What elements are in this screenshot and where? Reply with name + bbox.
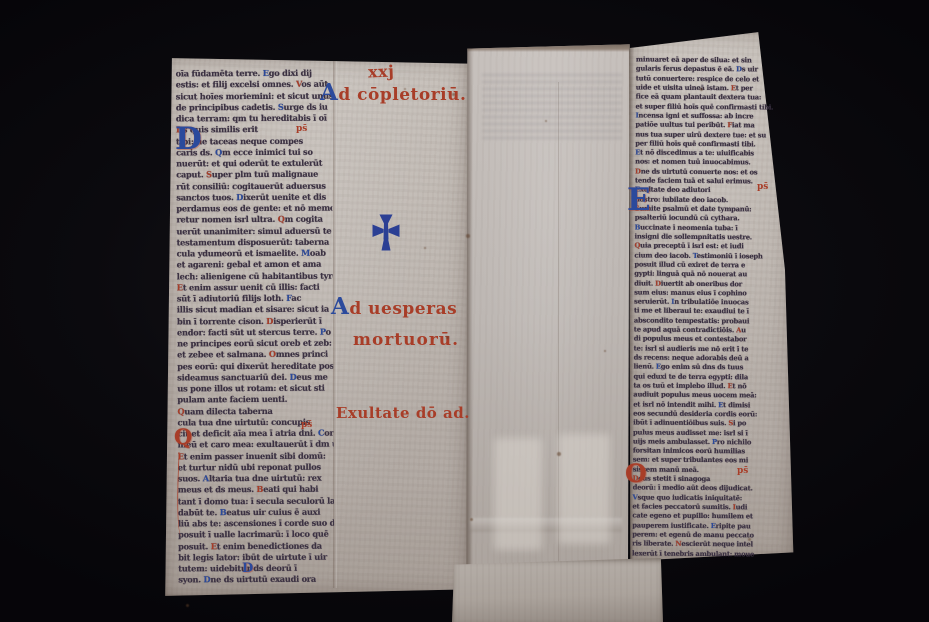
manuscript-line: liū abs te: ascensiones ī corde suo dis [178, 518, 334, 530]
psalm-mark: ps̄ [737, 466, 748, 476]
manuscript-line: Quia preceptū ī isrl est: et iudi [634, 242, 776, 252]
manuscript-line: caput. Super plm tuū malignaue [176, 169, 332, 181]
stain-mark [557, 452, 561, 456]
decorated-initial: O [625, 461, 647, 486]
stain-mark [424, 247, 426, 249]
parchment-spine-panel [466, 42, 631, 589]
manuscript-line: uerūt unanimiter: simul aduersū te [176, 225, 332, 237]
manuscript-line: posuit ī ualle lacrimarū: ī loco quē [178, 529, 334, 541]
manuscript-line: bit legis lator: ibūt de uirtute ī uir [178, 551, 334, 563]
psalm-mark: ps̄ [301, 420, 312, 430]
manuscript-line: fice eā quam plantauit dextera tua: [636, 93, 778, 103]
manuscript-line: tutem: uidebitur ds deorū ī [178, 563, 334, 575]
stain-mark [470, 518, 473, 521]
manuscript-line: pulam ante faciem uenti. [177, 394, 333, 406]
spine-top-fold [466, 42, 631, 52]
stain-mark [186, 604, 189, 607]
manuscript-line: ne principes eorū sicut oreb et zeb: [177, 338, 333, 350]
parchment-bottom-flap [452, 556, 663, 622]
manuscript-line: et turtur nidū ubi reponat pullos [178, 461, 334, 473]
rubric-ad-completorium: Ad cōpletoriū. [320, 84, 466, 105]
manuscript-line: meū et caro mea: exultauerūt ī dm uiuū. [178, 439, 334, 451]
manuscript-line: Et enim passer inuenit sibi domū: [178, 450, 334, 462]
manuscript-line: et agareni: gebal et amon et ama [177, 259, 333, 271]
rubric-text: d cōpletoriū. [338, 85, 466, 105]
manuscript-line: posuit. Et enim benedictiones da [178, 540, 334, 552]
manuscript-line: pes eorū: qui dixerūt hereditate pos [177, 360, 333, 372]
rubric-initial: A [320, 79, 338, 106]
manuscript-line: oīa fūdamēta terre. Ego dixi dij [176, 68, 332, 80]
rubric-initial: A [331, 293, 349, 320]
decorated-initial: D [175, 124, 202, 155]
decorated-initial: E [627, 185, 651, 216]
manuscript-line: tant ī domo tua: ī secula seculorū lau [178, 495, 334, 507]
psalm-mark: ps̄ [296, 124, 307, 134]
manuscript-line: de principibus cadetis. Surge ds iu [176, 101, 332, 113]
rubric-ad-vesperas: Ad uesperas [331, 298, 457, 319]
stain-mark [452, 93, 455, 96]
manuscript-line: lech: alienigene cū habitantibus tyro. [177, 270, 333, 282]
stain-mark [466, 234, 470, 238]
manuscript-line: audiuit populus meus uocem meā: [633, 391, 775, 401]
blessing-cross-icon [371, 213, 401, 253]
decorated-initial: Q [174, 426, 192, 447]
manuscript-line: patiōe uultus tui peribūt. Fiat ma [635, 121, 777, 131]
manuscript-line: nuerūt: et qui oderūt te extulerūt [176, 158, 332, 170]
manuscript-line: lexerūt ī tenebris ambulant: moue [632, 549, 774, 559]
manuscript-line: Et enim assur uenit cū illis: facti [177, 281, 333, 293]
ink-showthrough [482, 74, 622, 144]
manuscript-line: sideamus sanctuariū dei. Deus me [177, 371, 333, 383]
right-text-column: minuaret eā aper de silua: et singularis… [632, 55, 778, 559]
manuscript-line: syon. Dne ds uirtutū exaudi ora [178, 574, 334, 586]
stain-mark [404, 88, 406, 90]
manuscript-line: Quam dilecta taberna [177, 405, 333, 417]
rubric-text: d uesperas [349, 299, 457, 319]
manuscript-line: ibūt ī adinuentiōibus suis. Si po [633, 419, 775, 429]
manuscript-line: ris liberate. Nescierūt neque intel [632, 540, 774, 550]
manuscript-line: illis sicut madian et sisare: sicut ia [177, 304, 333, 316]
stain-mark [545, 120, 547, 122]
stain-mark [446, 336, 449, 339]
manuscript-line: testamentum disposuerūt: taberna [177, 236, 333, 248]
manuscript-line: sanctos tuos. Dixerūt uenite et dis [176, 191, 332, 203]
manuscript-line: endor: facti sūt ut stercus terre. Po [177, 326, 333, 338]
stain-mark [748, 538, 751, 541]
manuscript-line: cula ydumeorū et ismaelite. Moab [177, 248, 333, 260]
rubric-mortuorum: mortuorū. [353, 330, 459, 350]
manuscript-line: estis: et filij excelsi omnes. Vos aūt [176, 79, 332, 91]
manuscript-line: et zebee et salmana. Omnes princi [177, 349, 333, 361]
manuscript-line: sūt ī adiutoriū filijs loth. Fac [177, 293, 333, 305]
manuscript-line: retur nomen isrl ultra. Qm cogita [176, 214, 332, 226]
manuscript-line: rūt consiliū: cogitauerūt aduersus [176, 180, 332, 192]
rubric-incipit-exultate: Exultate dō ad. [336, 404, 470, 422]
glue-patch [494, 438, 542, 550]
stain-mark [700, 88, 703, 91]
manuscript-line: bin ī torrente cison. Disperierūt ī [177, 315, 333, 327]
manuscript-line: perdamus eos de gente: et nō memo [176, 203, 332, 215]
manuscript-line: dabūt te. Beatus uir cuius ē auxi [178, 506, 334, 518]
psalm-mark: ps̄ [757, 182, 768, 192]
stain-mark [604, 350, 606, 352]
manuscript-line: us pone illos ut rotam: et sicut sti [177, 383, 333, 395]
rubric-chapter-number: xxj [368, 62, 395, 82]
manuscript-photo: oīa fūdamēta terre. Ego dixi dijestis: e… [0, 0, 929, 622]
glue-patch [558, 434, 610, 544]
manuscript-line: meus et ds meus. Beati qui habi [178, 484, 334, 496]
decorated-initial: D [242, 562, 253, 575]
manuscript-line: sicut hoīes moriemini: et sicut unus [176, 90, 332, 102]
manuscript-line: suos. Altaria tua dne uirtutū: rex [178, 473, 334, 485]
